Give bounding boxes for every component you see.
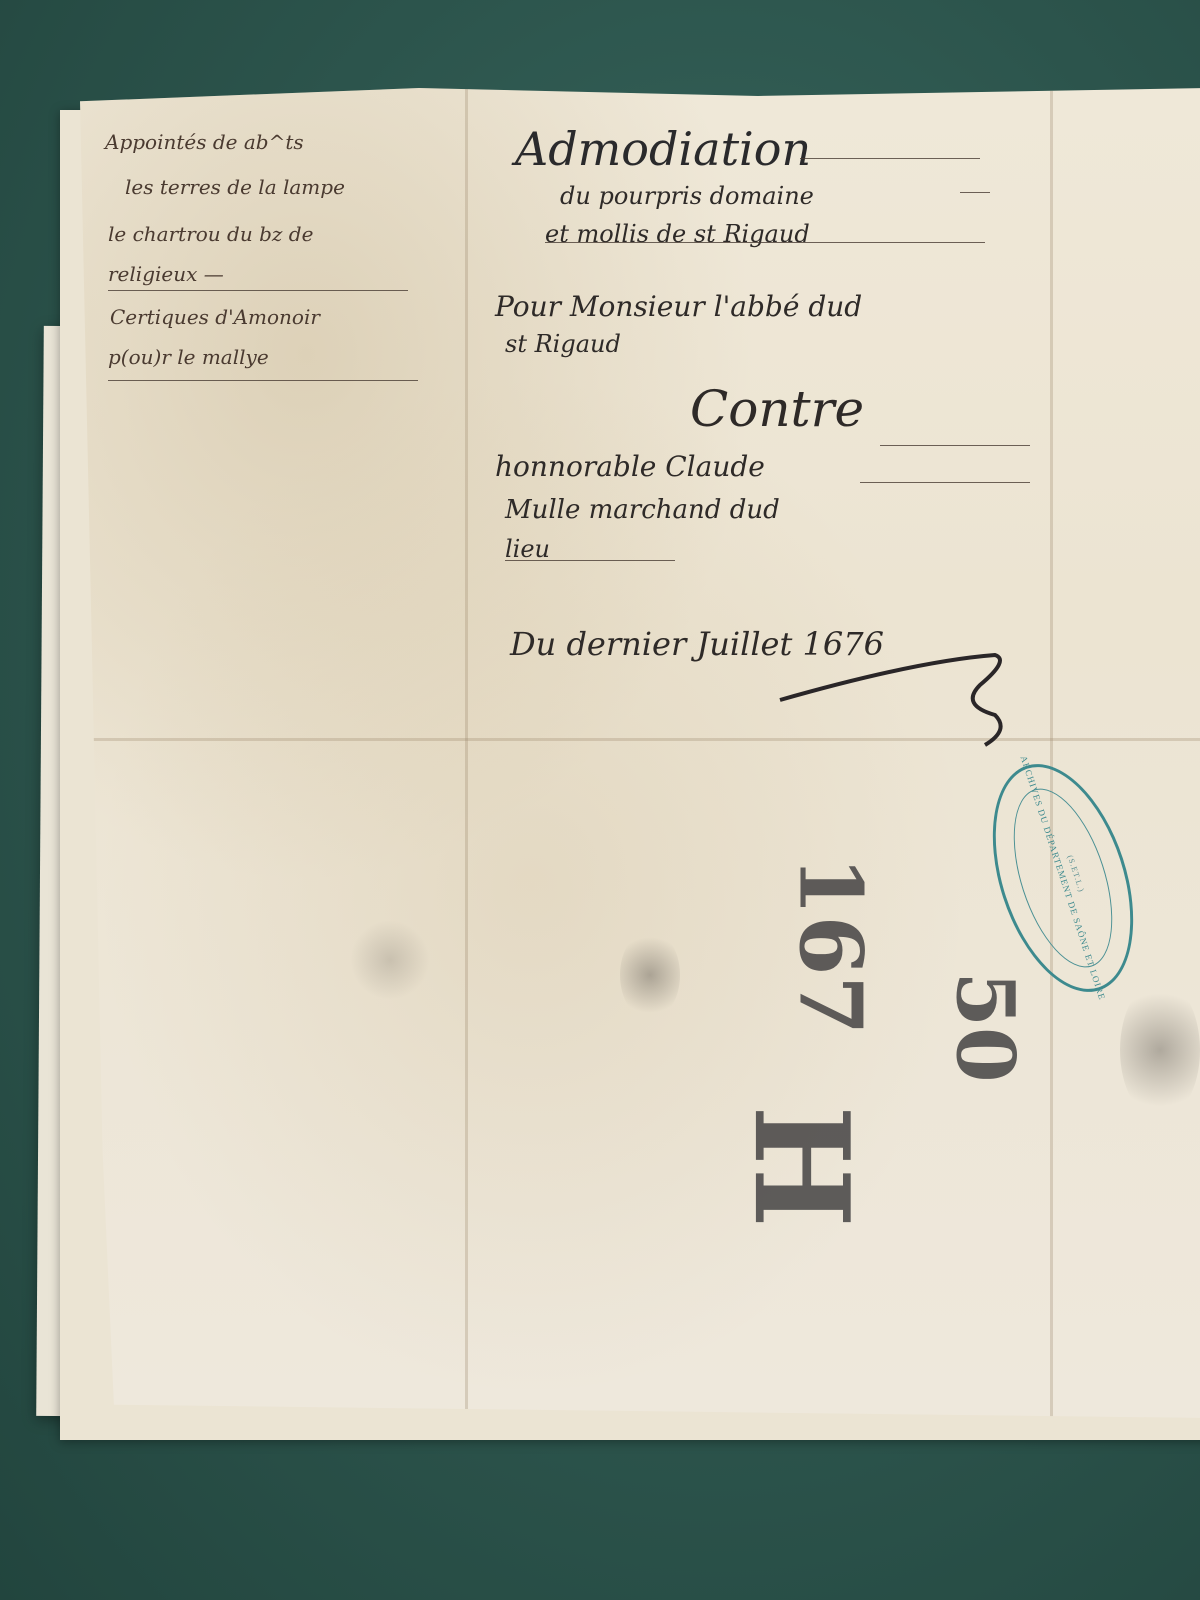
margin-note-line: le chartrou du bz de: [108, 222, 313, 246]
stencil-number: 167: [779, 856, 880, 1036]
fold-line: [1050, 88, 1053, 1418]
flourish-rule: [860, 482, 1030, 483]
margin-note-line: les terres de la lampe: [125, 175, 345, 199]
signature-flourish-icon: [770, 640, 1020, 750]
title-line: du pourpris domaine: [560, 182, 814, 210]
ink-smudge: [1120, 980, 1200, 1120]
title-line: et mollis de st Rigaud: [545, 220, 810, 248]
fold-line: [80, 738, 1200, 741]
divider-rule: [108, 290, 408, 291]
divider-rule: [108, 380, 418, 381]
ink-smudge: [620, 930, 680, 1020]
underline-rule: [505, 560, 675, 561]
fold-line: [465, 88, 468, 1418]
margin-note-line: religieux —: [108, 262, 224, 286]
margin-note-line: Appointés de ab^ts: [105, 130, 304, 154]
stain: [350, 920, 430, 1000]
document-title: Admodiation: [515, 122, 811, 176]
flourish-rule: [880, 445, 1030, 446]
flourish-rule: [800, 158, 980, 159]
party-against-line: lieu: [505, 535, 550, 563]
stencil-item: 50: [939, 971, 1033, 1082]
underline-rule: [545, 242, 985, 243]
margin-note-line: p(ou)r le mallye: [108, 345, 269, 369]
manuscript-page: [80, 88, 1200, 1418]
party-for-line: st Rigaud: [505, 330, 621, 358]
party-against-line: Mulle marchand dud: [505, 495, 780, 525]
party-against-line: honnorable Claude: [495, 450, 765, 483]
margin-note-line: Certiques d'Amonoir: [110, 305, 320, 329]
flourish-rule: [960, 192, 990, 193]
contre-label: Contre: [690, 380, 864, 438]
stencil-series: H: [725, 1105, 878, 1228]
party-for-line: Pour Monsieur l'abbé dud: [495, 290, 862, 323]
